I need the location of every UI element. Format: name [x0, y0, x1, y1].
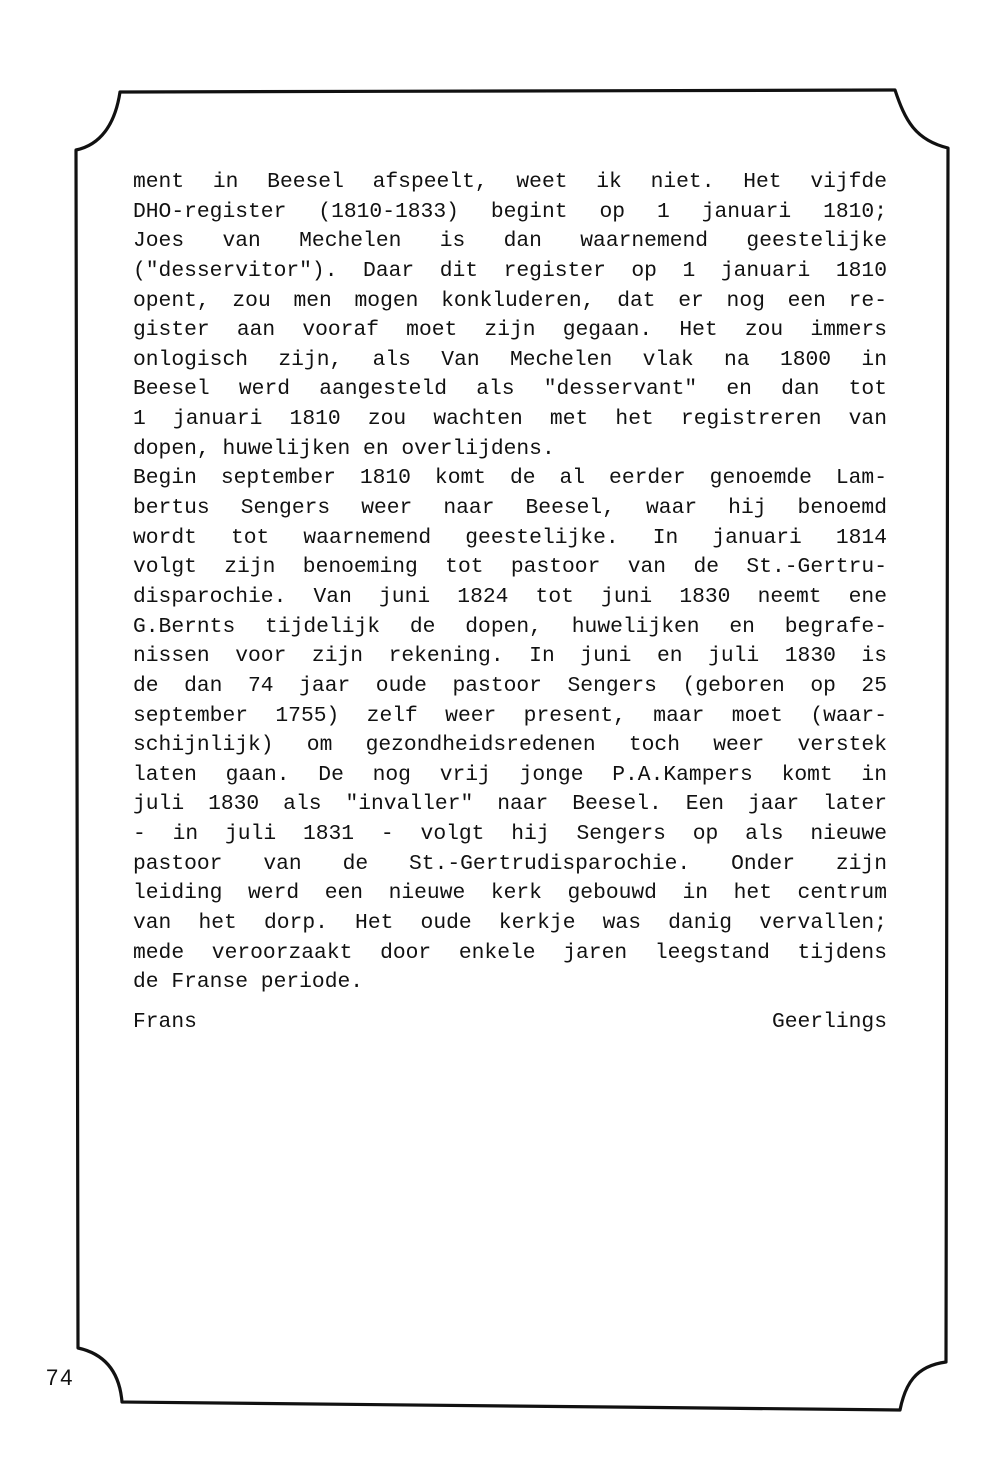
text-line: de Franse periode. [133, 968, 887, 998]
article-body: ment in Beesel afspeelt, weet ik niet. H… [133, 168, 887, 1038]
text-line: onlogisch zijn, als Van Mechelen vlak na… [133, 346, 887, 376]
text-line: - in juli 1831 - volgt hij Sengers op al… [133, 820, 887, 850]
text-line: de dan 74 jaar oude pastoor Sengers (geb… [133, 672, 887, 702]
text-line: leiding werd een nieuwe kerk gebouwd in … [133, 879, 887, 909]
text-line: ment in Beesel afspeelt, weet ik niet. H… [133, 168, 887, 198]
text-line: DHO-register (1810-1833) begint op 1 jan… [133, 198, 887, 228]
text-line: 1 januari 1810 zou wachten met het regis… [133, 405, 887, 435]
text-line: ("desservitor"). Daar dit register op 1 … [133, 257, 887, 287]
text-line: nissen voor zijn rekening. In juni en ju… [133, 642, 887, 672]
text-line: wordt tot waarnemend geestelijke. In jan… [133, 524, 887, 554]
text-line: mede veroorzaakt door enkele jaren leegs… [133, 939, 887, 969]
author-signature: Frans Geerlings [133, 1008, 887, 1038]
text-line: september 1755) zelf weer present, maar … [133, 702, 887, 732]
text-line: pastoor van de St.-Gertrudisparochie. On… [133, 850, 887, 880]
text-line: bertus Sengers weer naar Beesel, waar hi… [133, 494, 887, 524]
text-line: Beesel werd aangesteld als "desservant" … [133, 375, 887, 405]
text-line: disparochie. Van juni 1824 tot juni 1830… [133, 583, 887, 613]
text-line: Begin september 1810 komt de al eerder g… [133, 464, 887, 494]
text-line: G.Bernts tijdelijk de dopen, huwelijken … [133, 613, 887, 643]
text-line: laten gaan. De nog vrij jonge P.A.Kamper… [133, 761, 887, 791]
paragraph-2: Begin september 1810 komt de al eerder g… [133, 464, 887, 998]
text-line: gister aan vooraf moet zijn gegaan. Het … [133, 316, 887, 346]
text-line: dopen, huwelijken en overlijdens. [133, 435, 887, 465]
text-line: juli 1830 als "invaller" naar Beesel. Ee… [133, 790, 887, 820]
text-line: van het dorp. Het oude kerkje was danig … [133, 909, 887, 939]
text-line: schijnlijk) om gezondheidsredenen toch w… [133, 731, 887, 761]
paragraph-1: ment in Beesel afspeelt, weet ik niet. H… [133, 168, 887, 464]
text-line: opent, zou men mogen konkluderen, dat er… [133, 287, 887, 317]
text-line: volgt zijn benoeming tot pastoor van de … [133, 553, 887, 583]
text-line: Joes van Mechelen is dan waarnemend gees… [133, 227, 887, 257]
page-number: 74 [46, 1365, 74, 1391]
